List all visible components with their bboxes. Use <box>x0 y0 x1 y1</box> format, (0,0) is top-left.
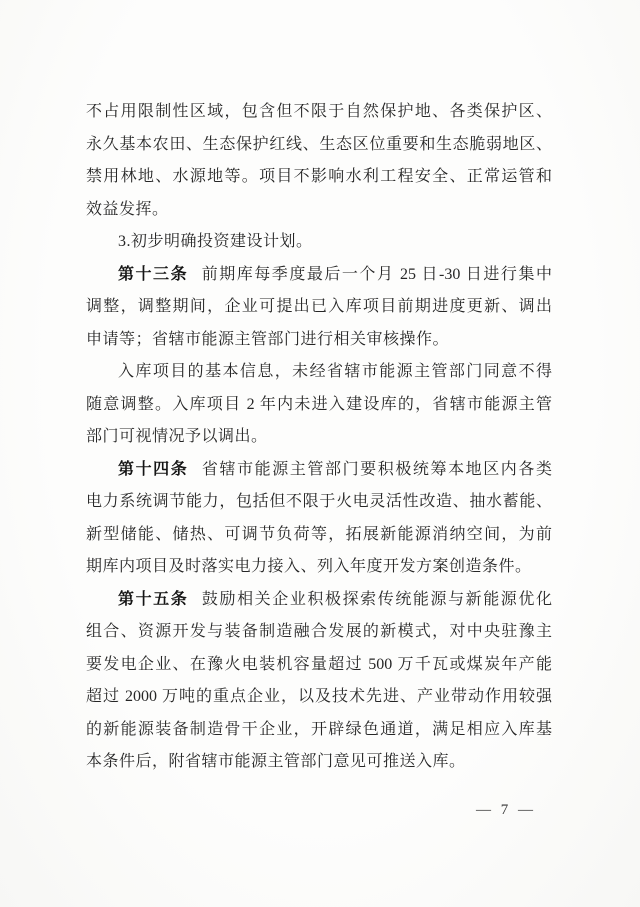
line-text: 禁用林地、水源地等。项目不影响水利工程安全、正常运管和 <box>86 168 552 185</box>
document-page: 不占用限制性区域，包含但不限于自然保护地、各类保护区、永久基本农田、生态保护红线… <box>0 0 640 907</box>
line-text: 期库内项目及时落实电力接入、列入年度开发方案创造条件。 <box>86 558 532 575</box>
line-text: 调整，调整期间，企业可提出已入库项目前期进度更新、调出 <box>86 298 552 315</box>
line-text: 前期库每季度最后一个月 25 日-30 日进行集中 <box>202 266 552 283</box>
line-text: 组合、资源开发与装备制造融合发展的新模式，对中央驻豫主 <box>86 623 552 640</box>
line-text: 的新能源装备制造骨干企业，开辟绿色通道，满足相应入库基 <box>86 721 552 738</box>
line-text: 永久基本农田、生态保护红线、生态区位重要和生态脆弱地区、 <box>86 136 552 153</box>
line-text: 3.初步明确投资建设计划。 <box>118 233 313 250</box>
text-line: 电力系统调节能力，包括但不限于火电灵活性改造、抽水蓄能、 <box>86 486 552 519</box>
line-text: 效益发挥。 <box>86 201 169 218</box>
text-line: 申请等；省辖市能源主管部门进行相关审核操作。 <box>86 324 552 357</box>
text-line: 第十四条省辖市能源主管部门要积极统筹本地区内各类 <box>86 454 552 487</box>
article-heading: 第十三条 <box>118 266 188 283</box>
text-line: 效益发挥。 <box>86 194 552 227</box>
text-line: 禁用林地、水源地等。项目不影响水利工程安全、正常运管和 <box>86 161 552 194</box>
text-line: 第十五条鼓励相关企业积极探索传统能源与新能源优化 <box>86 584 552 617</box>
text-line: 部门可视情况予以调出。 <box>86 421 552 454</box>
document-body: 不占用限制性区域，包含但不限于自然保护地、各类保护区、永久基本农田、生态保护红线… <box>86 96 552 779</box>
text-line: 新型储能、储热、可调节负荷等，拓展新能源消纳空间，为前 <box>86 519 552 552</box>
article-heading: 第十五条 <box>118 591 188 608</box>
paragraph: 第十五条鼓励相关企业积极探索传统能源与新能源优化组合、资源开发与装备制造融合发展… <box>86 584 552 779</box>
paragraph: 入库项目的基本信息，未经省辖市能源主管部门同意不得随意调整。入库项目 2 年内未… <box>86 356 552 454</box>
text-line: 要发电企业、在豫火电装机容量超过 500 万千瓦或煤炭年产能 <box>86 649 552 682</box>
text-line: 本条件后，附省辖市能源主管部门意见可推送入库。 <box>86 746 552 779</box>
line-text: 随意调整。入库项目 2 年内未进入建设库的，省辖市能源主管 <box>86 396 552 413</box>
text-line: 调整，调整期间，企业可提出已入库项目前期进度更新、调出 <box>86 291 552 324</box>
line-text: 新型储能、储热、可调节负荷等，拓展新能源消纳空间，为前 <box>86 526 552 543</box>
line-text: 鼓励相关企业积极探索传统能源与新能源优化 <box>202 591 552 608</box>
line-text: 入库项目的基本信息，未经省辖市能源主管部门同意不得 <box>118 363 552 380</box>
line-text: 超过 2000 万吨的重点企业，以及技术先进、产业带动作用较强 <box>86 688 552 705</box>
text-line: 3.初步明确投资建设计划。 <box>86 226 552 259</box>
paragraph: 第十三条前期库每季度最后一个月 25 日-30 日进行集中调整，调整期间，企业可… <box>86 259 552 357</box>
line-text: 要发电企业、在豫火电装机容量超过 500 万千瓦或煤炭年产能 <box>86 656 552 673</box>
text-line: 第十三条前期库每季度最后一个月 25 日-30 日进行集中 <box>86 259 552 292</box>
paragraph: 3.初步明确投资建设计划。 <box>86 226 552 259</box>
text-line: 入库项目的基本信息，未经省辖市能源主管部门同意不得 <box>86 356 552 389</box>
text-line: 超过 2000 万吨的重点企业，以及技术先进、产业带动作用较强 <box>86 681 552 714</box>
text-line: 永久基本农田、生态保护红线、生态区位重要和生态脆弱地区、 <box>86 129 552 162</box>
text-line: 期库内项目及时落实电力接入、列入年度开发方案创造条件。 <box>86 551 552 584</box>
line-text: 部门可视情况予以调出。 <box>86 428 268 445</box>
text-line: 随意调整。入库项目 2 年内未进入建设库的，省辖市能源主管 <box>86 389 552 422</box>
article-heading: 第十四条 <box>118 461 188 478</box>
line-text: 电力系统调节能力，包括但不限于火电灵活性改造、抽水蓄能、 <box>86 493 552 510</box>
text-line: 的新能源装备制造骨干企业，开辟绿色通道，满足相应入库基 <box>86 714 552 747</box>
page-number: — 7 — <box>476 802 536 819</box>
text-line: 不占用限制性区域，包含但不限于自然保护地、各类保护区、 <box>86 96 552 129</box>
line-text: 省辖市能源主管部门要积极统筹本地区内各类 <box>202 461 552 478</box>
text-line: 组合、资源开发与装备制造融合发展的新模式，对中央驻豫主 <box>86 616 552 649</box>
line-text: 本条件后，附省辖市能源主管部门意见可推送入库。 <box>86 753 466 770</box>
paragraph: 不占用限制性区域，包含但不限于自然保护地、各类保护区、永久基本农田、生态保护红线… <box>86 96 552 226</box>
line-text: 申请等；省辖市能源主管部门进行相关审核操作。 <box>86 331 449 348</box>
line-text: 不占用限制性区域，包含但不限于自然保护地、各类保护区、 <box>86 103 552 120</box>
paragraph: 第十四条省辖市能源主管部门要积极统筹本地区内各类电力系统调节能力，包括但不限于火… <box>86 454 552 584</box>
